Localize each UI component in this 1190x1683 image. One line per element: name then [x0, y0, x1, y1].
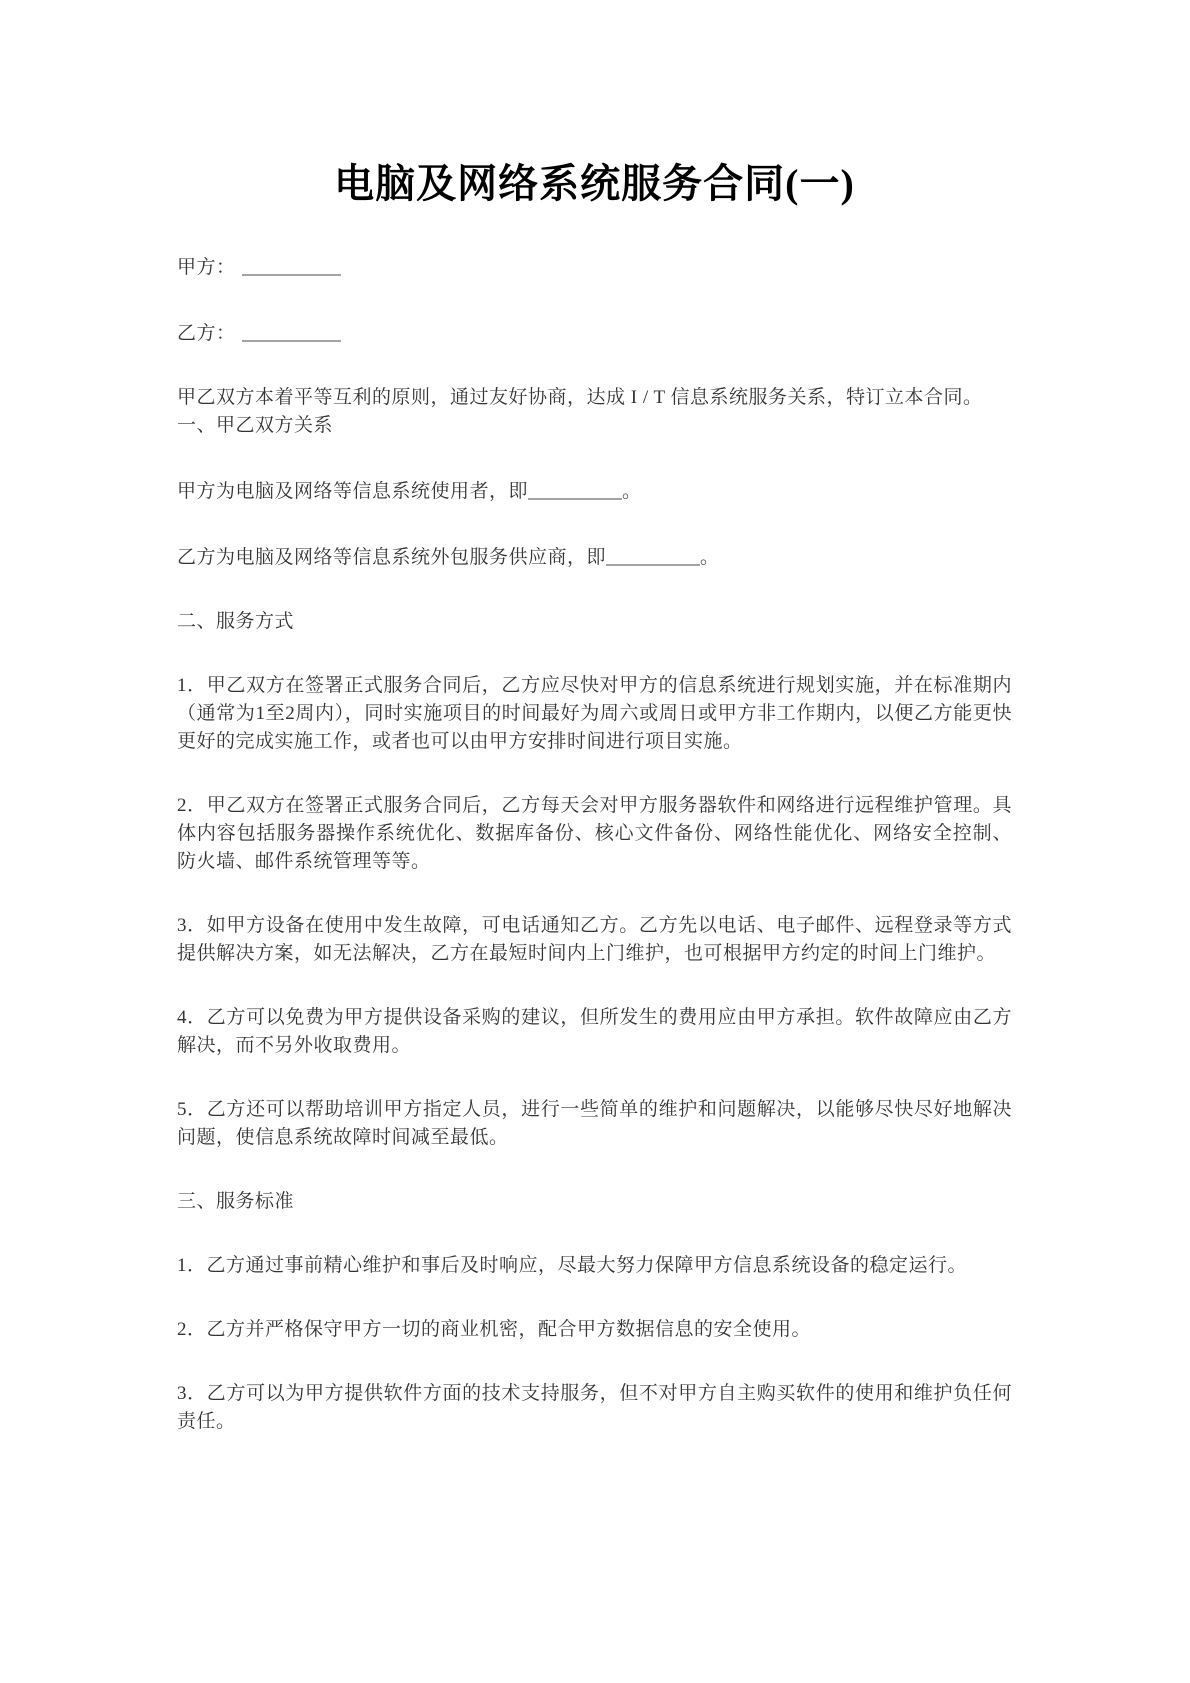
section-1-heading: 一、甲乙双方关系	[177, 412, 1012, 440]
document-title: 电脑及网络系统服务合同(一)	[177, 159, 1012, 209]
party-b-row: 乙方：	[177, 318, 1012, 348]
section-2-item-2: 2．甲乙双方在签署正式服务合同后，乙方每天会对甲方服务器软件和网络进行远程维护管…	[177, 792, 1012, 876]
section-2-item-1: 1．甲乙双方在签署正式服务合同后，乙方应尽快对甲方的信息系统进行规划实施，并在标…	[177, 672, 1012, 756]
party-a-row: 甲方：	[177, 252, 1012, 282]
document-page: 电脑及网络系统服务合同(一) 甲方： 乙方： 甲乙双方本着平等互利的原则，通过友…	[0, 0, 1190, 1683]
party-a-definition-blank-line	[528, 479, 622, 500]
section-2-item-4: 4．乙方可以免费为甲方提供设备采购的建议，但所发生的费用应由甲方承担。软件故障应…	[177, 1004, 1012, 1060]
party-b-blank-line	[242, 321, 341, 342]
section-2-item-3: 3．如甲方设备在使用中发生故障，可电话通知乙方。乙方先以电话、电子邮件、远程登录…	[177, 912, 1012, 968]
section-2-heading: 二、服务方式	[177, 608, 1012, 636]
party-a-definition: 甲方为电脑及网络等信息系统使用者，即。	[177, 476, 1012, 506]
section-3-item-2: 2．乙方并严格保守甲方一切的商业机密，配合甲方数据信息的安全使用。	[177, 1316, 1012, 1344]
party-b-definition-text: 乙方为电脑及网络等信息系统外包服务供应商，即	[177, 547, 606, 568]
document-content: 电脑及网络系统服务合同(一) 甲方： 乙方： 甲乙双方本着平等互利的原则，通过友…	[0, 159, 1190, 1436]
party-b-definition: 乙方为电脑及网络等信息系统外包服务供应商，即。	[177, 542, 1012, 572]
party-b-definition-blank-line	[606, 545, 700, 566]
party-a-label: 甲方：	[177, 257, 236, 278]
party-b-definition-period: 。	[700, 547, 720, 568]
party-b-label: 乙方：	[177, 323, 236, 344]
party-a-blank-line	[242, 255, 341, 276]
section-3-heading: 三、服务标准	[177, 1188, 1012, 1216]
section-3-item-3: 3．乙方可以为甲方提供软件方面的技术支持服务，但不对甲方自主购买软件的使用和维护…	[177, 1380, 1012, 1436]
party-a-definition-text: 甲方为电脑及网络等信息系统使用者，即	[177, 481, 528, 502]
intro-paragraph: 甲乙双方本着平等互利的原则，通过友好协商，达成 I / T 信息系统服务关系，特…	[177, 384, 1012, 412]
section-2-item-5: 5．乙方还可以帮助培训甲方指定人员，进行一些简单的维护和问题解决，以能够尽快尽好…	[177, 1096, 1012, 1152]
section-3-item-1: 1．乙方通过事前精心维护和事后及时响应，尽最大努力保障甲方信息系统设备的稳定运行…	[177, 1252, 1012, 1280]
party-a-definition-period: 。	[622, 481, 642, 502]
